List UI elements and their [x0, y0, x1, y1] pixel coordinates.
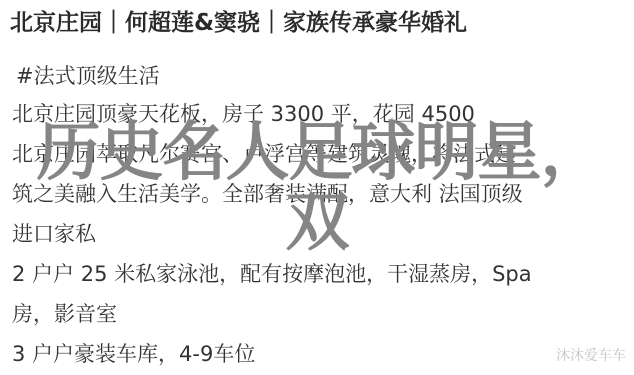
paragraph-line-2: 北京庄园萃取凡尔赛宫、卢浮宫等建筑灵魂，将法式建 — [12, 134, 628, 174]
paragraph-line-4: 进口家私 — [12, 214, 628, 254]
paragraph-line-7: 3 户户豪装车库，4-9车位 — [12, 334, 628, 374]
paragraph-line-6: 房，影音室 — [12, 294, 628, 334]
post-body: #法式顶级生活 北京庄园顶豪天花板，房子 3300 平，花园 4500 北京庄园… — [12, 56, 628, 374]
paragraph-line-5: 2 户户 25 米私家泳池，配有按摩泡池，干湿蒸房，Spa — [12, 254, 628, 294]
paragraph-line-3: 筑之美融入生活美学。全部奢装满配，意大利 法国顶级 — [12, 174, 628, 214]
hashtag[interactable]: #法式顶级生活 — [12, 56, 628, 94]
watermark: 沐沐爱车车 — [556, 345, 626, 365]
post-title: 北京庄园｜何超莲&窦骁｜家族传承豪华婚礼 — [10, 8, 467, 38]
paragraph-line-1: 北京庄园顶豪天花板，房子 3300 平，花园 4500 — [12, 94, 628, 134]
